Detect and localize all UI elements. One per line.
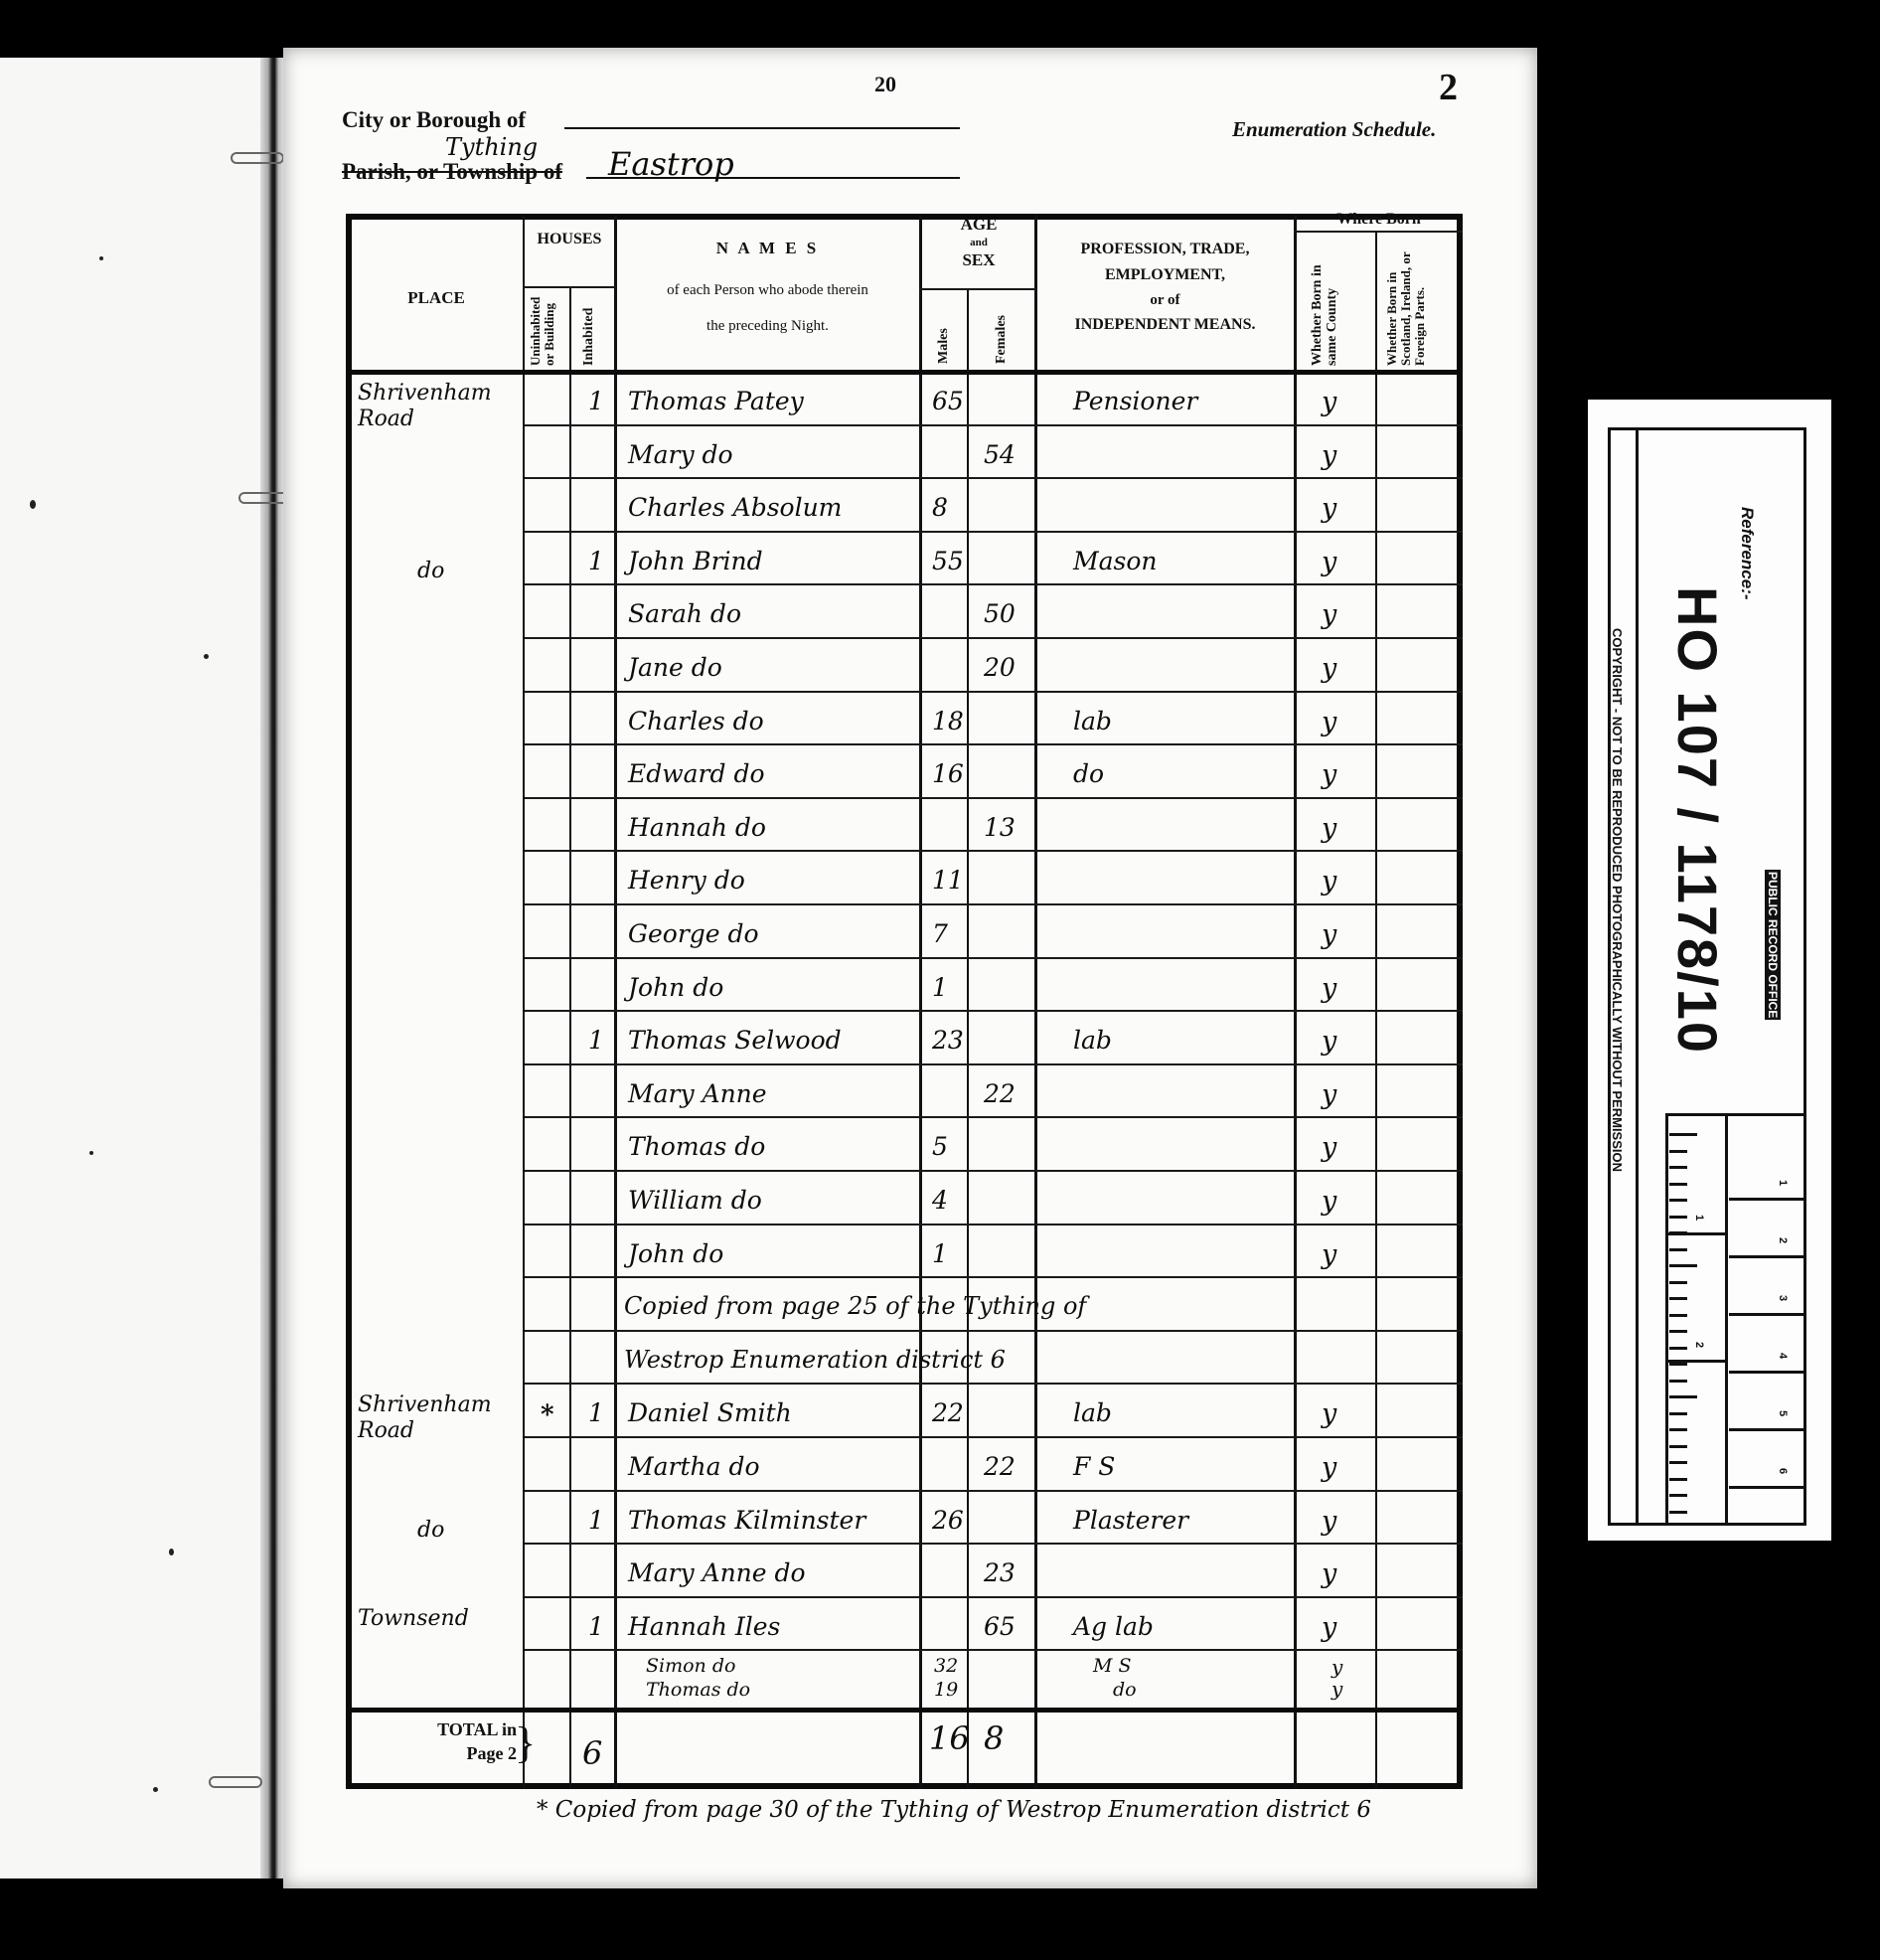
place-cell: Shrivenham Road (358, 381, 517, 432)
slip-office: PUBLIC RECORD OFFICE (1765, 870, 1781, 1020)
name-cell: Thomas do (646, 1679, 750, 1701)
row-rule (525, 424, 1463, 426)
ruler-cm-label: 2 (1777, 1237, 1789, 1243)
male-age-cell: 26 (932, 1506, 964, 1535)
parish-interlined-value: Tything (445, 133, 538, 161)
ruler-tick (1669, 1445, 1687, 1448)
name-cell: Martha do (628, 1452, 760, 1481)
male-age-cell: 1 (932, 973, 948, 1002)
male-age-cell: 18 (932, 707, 964, 735)
born-county-cell: y (1322, 919, 1336, 950)
name-cell: Jane do (628, 653, 722, 682)
column-divider (967, 290, 969, 1789)
ruler-tick (1669, 1133, 1697, 1136)
male-age-cell: 1 (932, 1239, 948, 1268)
ruler-cm-line (1729, 1371, 1806, 1374)
born-county-cell: y (1332, 1655, 1342, 1679)
name-cell: John do (628, 973, 723, 1002)
name-cell: Mary Anne do (628, 1558, 806, 1587)
column-divider (1034, 214, 1037, 1789)
ruler-tick (1669, 1478, 1687, 1481)
note-cell: Westrop Enumeration district 6 (624, 1346, 1006, 1374)
male-age-cell: 19 (934, 1679, 958, 1701)
profession-cell: lab (1073, 707, 1112, 735)
inhabited-cell: 1 (588, 387, 604, 415)
female-age-cell: 22 (984, 1452, 1016, 1481)
ruler-tick (1669, 1166, 1687, 1169)
name-cell: Thomas do (628, 1132, 765, 1161)
header-born-foreign: Whether Born in Scotland, Ireland, or Fo… (1385, 237, 1455, 366)
total-label-1: TOTAL in (397, 1719, 517, 1740)
profession-cell: M S (1093, 1655, 1132, 1677)
row-rule (525, 531, 1463, 533)
born-county-cell: y (1322, 1452, 1336, 1483)
male-age-cell: 32 (934, 1655, 958, 1677)
male-age-cell: 4 (932, 1186, 948, 1215)
ruler-tick (1669, 1347, 1687, 1350)
column-divider (1294, 214, 1297, 1789)
born-county-cell: y (1322, 387, 1336, 417)
ruler-tick (1669, 1461, 1687, 1464)
header-houses: HOUSES (524, 231, 615, 248)
born-county-cell: y (1322, 599, 1336, 630)
column-divider (569, 288, 571, 1789)
ruler-tick (1669, 1395, 1697, 1398)
born-county-cell: y (1322, 1612, 1336, 1643)
ruler-cm-line (1729, 1486, 1806, 1489)
ruler-divider (1725, 1115, 1728, 1525)
ruler-cm-line (1729, 1255, 1806, 1258)
profession-cell: F S (1073, 1452, 1115, 1481)
footnote: * Copied from page 30 of the Tything of … (537, 1797, 1371, 1823)
male-age-cell: 55 (932, 547, 964, 575)
male-age-cell: 65 (932, 387, 964, 415)
place-cell: do (417, 559, 576, 584)
name-cell: Charles do (628, 707, 764, 735)
page-number-top: 20 (874, 72, 896, 97)
profession-cell: do (1073, 759, 1104, 788)
row-rule (525, 743, 1463, 745)
header-bottom-rule (346, 370, 1463, 375)
total-brace: } (515, 1717, 536, 1769)
row-rule (525, 1436, 1463, 1438)
row-rule (525, 1224, 1463, 1225)
ruler-cm-label: 4 (1777, 1353, 1789, 1359)
born-county-cell: y (1322, 1398, 1336, 1429)
born-county-cell: y (1322, 1558, 1336, 1589)
header-place: PLACE (350, 288, 523, 308)
place-cell: Townsend (358, 1606, 517, 1632)
male-age-cell: 11 (932, 866, 964, 895)
profession-cell: lab (1073, 1026, 1112, 1055)
born-county-cell: y (1322, 813, 1336, 844)
name-cell: William do (628, 1186, 762, 1215)
row-rule (525, 903, 1463, 905)
name-cell: Mary do (628, 440, 733, 469)
inhabited-cell: 1 (588, 1026, 604, 1055)
header-profession-1: PROFESSION, TRADE, (1036, 241, 1294, 258)
column-divider (523, 214, 525, 1789)
ruler-inch-line (1668, 1232, 1726, 1235)
total-row-rule (346, 1708, 1463, 1713)
slip-copyright: COPYRIGHT - NOT TO BE REPRODUCED PHOTOGR… (1610, 628, 1625, 1172)
name-cell: Daniel Smith (628, 1398, 792, 1427)
ruler-tick (1669, 1199, 1687, 1202)
ruler-cm-label: 1 (1777, 1180, 1789, 1186)
place-cell: do (417, 1518, 576, 1544)
header-subdivider (523, 286, 616, 288)
inhabited-cell: 1 (588, 547, 604, 575)
note-cell: Copied from page 25 of the Tything of (624, 1292, 1086, 1320)
row-rule (525, 1543, 1463, 1545)
ruler-tick (1669, 1330, 1687, 1333)
uninhabited-cell: * (541, 1400, 554, 1430)
inhabited-cell: 1 (588, 1612, 604, 1641)
row-rule (525, 1276, 1463, 1278)
header-females: Females (994, 298, 1009, 364)
header-profession-3: or of (1036, 292, 1294, 309)
born-county-cell: y (1322, 1132, 1336, 1163)
female-age-cell: 20 (984, 653, 1016, 682)
header-profession-4: INDEPENDENT MEANS. (1036, 316, 1294, 334)
ruler-tick (1669, 1380, 1687, 1383)
male-age-cell: 22 (932, 1398, 964, 1427)
row-rule (525, 957, 1463, 959)
city-borough-label: City or Borough of (342, 107, 526, 133)
name-cell: Simon do (646, 1655, 735, 1677)
name-cell: Thomas Selwood (628, 1026, 842, 1055)
born-county-cell: y (1322, 1186, 1336, 1217)
ruler-tick (1669, 1281, 1687, 1284)
ruler-inch-label: 1 (1693, 1215, 1705, 1221)
ruler-inch-label: 2 (1693, 1342, 1705, 1348)
header-names-sub2: the preceding Night. (616, 318, 919, 335)
born-county-cell: y (1322, 866, 1336, 897)
ruler-tick (1669, 1216, 1687, 1219)
ruler-cm-line (1729, 1313, 1806, 1316)
header-subdivider (919, 288, 1036, 290)
ruler-cm-label: 3 (1777, 1295, 1789, 1301)
born-county-cell: y (1322, 440, 1336, 471)
row-rule (525, 850, 1463, 852)
born-county-cell: y (1322, 547, 1336, 577)
header-sex: SEX (920, 250, 1037, 270)
profession-cell: Pensioner (1073, 387, 1197, 415)
column-divider (614, 214, 617, 1789)
female-age-cell: 65 (984, 1612, 1016, 1641)
name-cell: John Brind (628, 547, 763, 575)
parish-value: Eastrop (608, 145, 734, 183)
ruler-tick (1669, 1494, 1687, 1497)
header-males: Males (936, 298, 951, 364)
row-rule (525, 1649, 1463, 1651)
header-age: AGE (920, 215, 1037, 235)
born-county-cell: y (1322, 759, 1336, 790)
male-age-cell: 16 (932, 759, 964, 788)
profession-cell: do (1113, 1679, 1137, 1701)
row-rule (525, 1010, 1463, 1012)
header-inhabited: Inhabited (581, 294, 596, 366)
row-rule (525, 1596, 1463, 1598)
header-uninhabited: Uninhabited or Building (529, 294, 556, 366)
schedule-title: Enumeration Schedule. (1232, 117, 1436, 142)
female-age-cell: 50 (984, 599, 1016, 628)
row-rule (525, 637, 1463, 639)
slip-reference-code: HO 107 / 1178/10 (1665, 586, 1730, 1055)
total-females: 8 (984, 1719, 1004, 1757)
ruler-cm-line (1729, 1428, 1806, 1431)
ruler-cm-label: 5 (1777, 1410, 1789, 1416)
row-rule (525, 583, 1463, 585)
name-cell: Hannah do (628, 813, 766, 842)
ruler-tick (1669, 1264, 1697, 1267)
ruler-top (1665, 1113, 1806, 1116)
profession-cell: lab (1073, 1398, 1112, 1427)
name-cell: Thomas Patey (628, 387, 804, 415)
row-rule (525, 1116, 1463, 1118)
born-county-cell: y (1322, 493, 1336, 524)
born-county-cell: y (1322, 1239, 1336, 1270)
row-rule (525, 1063, 1463, 1065)
born-county-cell: y (1322, 707, 1336, 737)
column-divider (919, 214, 922, 1789)
ruler-cm-line (1729, 1198, 1806, 1201)
profession-cell: Plasterer (1073, 1506, 1188, 1535)
binding-stitch (209, 1776, 262, 1788)
total-label-2: Page 2 (397, 1743, 517, 1764)
name-cell: John do (628, 1239, 723, 1268)
profession-cell: Mason (1073, 547, 1158, 575)
name-cell: Sarah do (628, 599, 741, 628)
profession-cell: Ag lab (1073, 1612, 1154, 1641)
left-page-margin (0, 58, 270, 1878)
ruler-tick (1669, 1297, 1687, 1300)
city-borough-field-line (564, 127, 960, 129)
ruler-tick (1669, 1248, 1687, 1251)
ruler-tick (1669, 1150, 1687, 1153)
row-rule (525, 691, 1463, 693)
ruler-tick (1669, 1314, 1687, 1317)
female-age-cell: 23 (984, 1558, 1016, 1587)
total-males: 16 (929, 1719, 970, 1757)
born-county-cell: y (1322, 653, 1336, 684)
header-where-born: Where Born (1295, 211, 1463, 229)
name-cell: Edward do (628, 759, 765, 788)
born-county-cell: y (1322, 973, 1336, 1004)
header-age-and: and (920, 237, 1037, 248)
name-cell: Henry do (628, 866, 745, 895)
folio-number: 2 (1439, 66, 1458, 109)
row-rule (525, 477, 1463, 479)
name-cell: Mary Anne (628, 1079, 767, 1108)
row-rule (525, 797, 1463, 799)
male-age-cell: 5 (932, 1132, 948, 1161)
male-age-cell: 7 (932, 919, 948, 948)
header-profession-2: EMPLOYMENT, (1036, 266, 1294, 284)
born-county-cell: y (1332, 1677, 1342, 1701)
row-rule (525, 1170, 1463, 1172)
name-cell: Thomas Kilminster (628, 1506, 865, 1535)
row-rule (525, 1330, 1463, 1332)
male-age-cell: 8 (932, 493, 948, 522)
born-county-cell: y (1322, 1026, 1336, 1057)
ruler-tick (1669, 1183, 1687, 1186)
place-cell: Shrivenham Road (358, 1392, 517, 1444)
inhabited-cell: 1 (588, 1506, 604, 1535)
born-county-cell: y (1322, 1079, 1336, 1110)
ruler-inch-line (1668, 1360, 1726, 1363)
female-age-cell: 13 (984, 813, 1016, 842)
female-age-cell: 54 (984, 440, 1016, 469)
row-rule (525, 1490, 1463, 1492)
binding-stitch (231, 152, 284, 164)
parish-township-label: Parish, or Township of (342, 159, 562, 185)
ruler-tick (1669, 1511, 1687, 1514)
total-inhabited: 6 (582, 1734, 602, 1772)
ruler-cm-label: 6 (1777, 1468, 1789, 1474)
male-age-cell: 23 (932, 1026, 964, 1055)
header-names-sub1: of each Person who abode therein (616, 282, 919, 299)
slip-divider (1636, 427, 1639, 1526)
slip-reference-label: Reference:- (1737, 507, 1757, 600)
born-county-cell: y (1322, 1506, 1336, 1537)
name-cell: Hannah Iles (628, 1612, 780, 1641)
ruler-tick (1669, 1363, 1687, 1366)
ruler-divider (1665, 1115, 1668, 1525)
row-rule (525, 1383, 1463, 1385)
header-names: N A M E S (616, 239, 919, 258)
ruler-tick (1669, 1428, 1687, 1431)
female-age-cell: 22 (984, 1079, 1016, 1108)
inhabited-cell: 1 (588, 1398, 604, 1427)
name-cell: George do (628, 919, 759, 948)
name-cell: Charles Absolum (628, 493, 842, 522)
header-subdivider (1294, 231, 1463, 233)
header-born-same-county: Whether Born in same County (1310, 237, 1359, 366)
ruler-tick (1669, 1412, 1687, 1415)
